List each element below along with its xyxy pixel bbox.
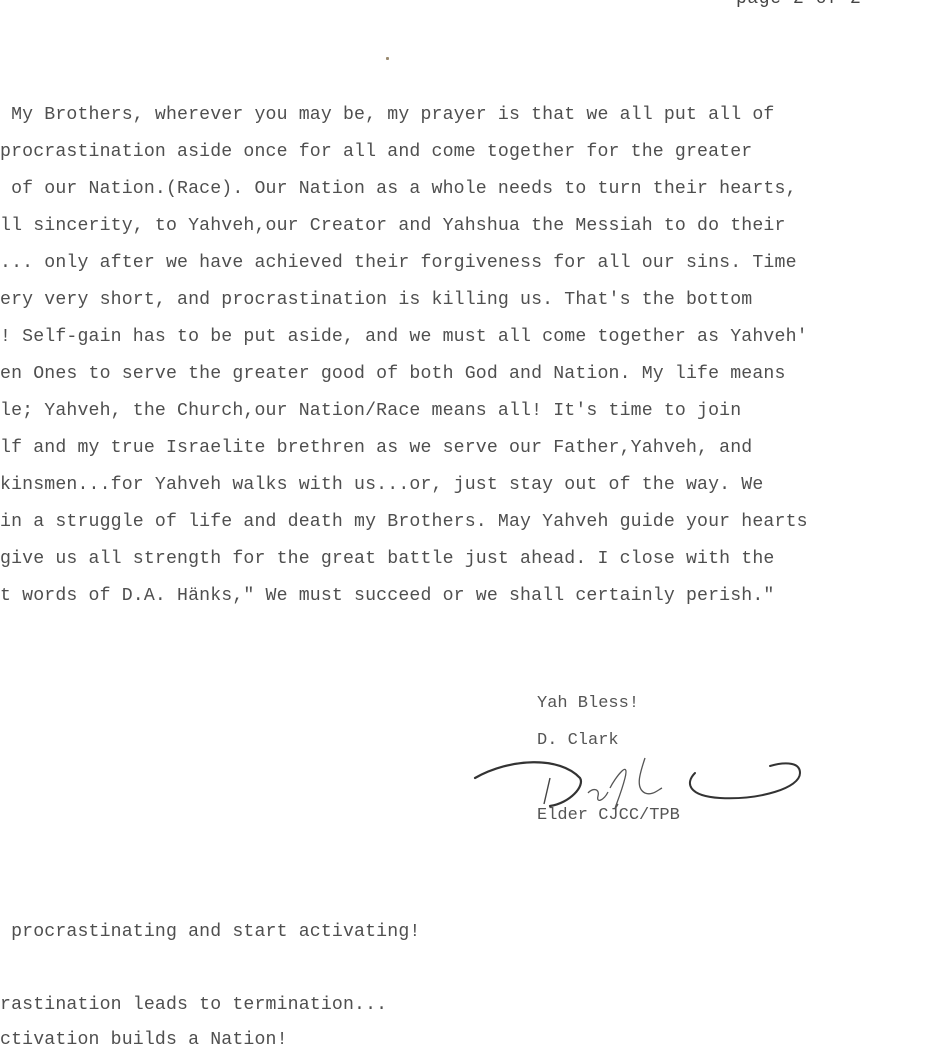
body-line: le; Yahveh, the Church,our Nation/Race m… (0, 396, 741, 426)
body-line: lf and my true Israelite brethren as we … (0, 433, 752, 463)
body-line: in a struggle of life and death my Broth… (0, 507, 808, 537)
postscript-line-3: ctivation builds a Nation! (0, 1027, 288, 1053)
postscript-line-2: rastination leads to termination... (0, 992, 387, 1018)
body-line: kinsmen...for Yahveh walks with us...or,… (0, 470, 763, 500)
body-line: give us all strength for the great battl… (0, 544, 775, 574)
body-line: procrastination aside once for all and c… (0, 137, 752, 167)
body-line: en Ones to serve the greater good of bot… (0, 359, 786, 389)
body-line: ! Self-gain has to be put aside, and we … (0, 322, 808, 352)
postscript-line-1: procrastinating and start activating! (0, 919, 420, 945)
handwritten-signature-icon (470, 748, 810, 818)
page-number-label: page 2 of 2 (736, 0, 861, 9)
closing-text: Yah Bless! (537, 692, 639, 716)
body-line: My Brothers, wherever you may be, my pra… (0, 100, 775, 130)
body-line: of our Nation.(Race). Our Nation as a wh… (0, 174, 797, 204)
scan-speck (386, 57, 389, 60)
body-line: t words of D.A. Hänks," We must succeed … (0, 581, 775, 611)
body-line: ery very short, and procrastination is k… (0, 285, 752, 315)
body-line: ... only after we have achieved their fo… (0, 248, 797, 278)
body-line: ll sincerity, to Yahveh,our Creator and … (0, 211, 786, 241)
scanned-letter-page: page 2 of 2 My Brothers, wherever you ma… (0, 0, 927, 1057)
